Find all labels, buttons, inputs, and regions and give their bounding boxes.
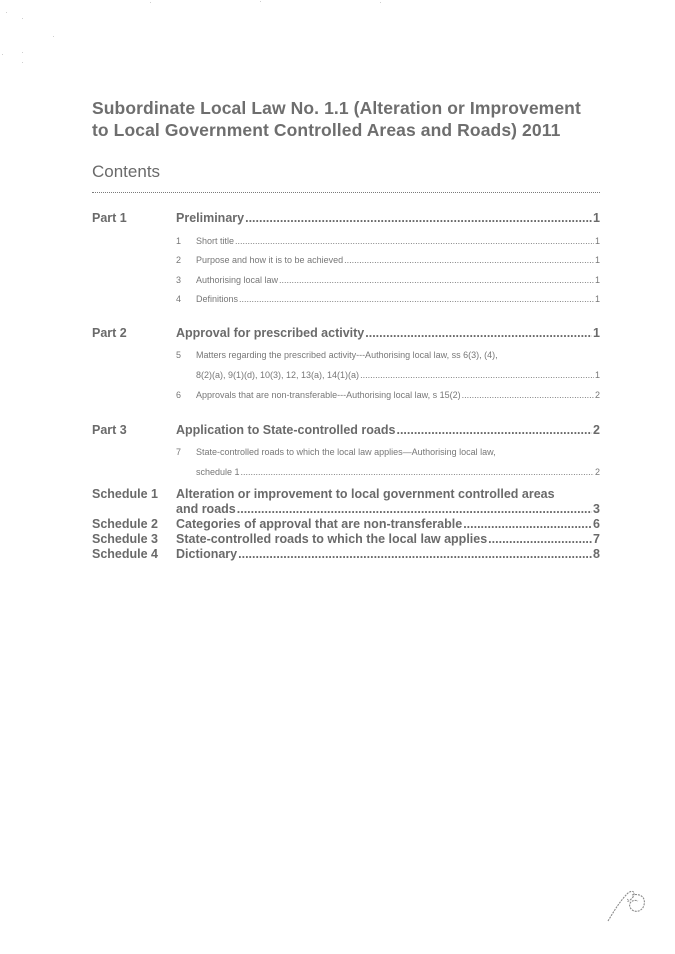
toc-entry-schedule-2[interactable]: Categories of approval that are non-tran… [176, 517, 600, 531]
dot-leader [365, 326, 592, 340]
dot-leader [238, 547, 592, 561]
section-number: 3 [176, 275, 196, 285]
toc-entry-part-2[interactable]: Approval for prescribed activity 1 [176, 326, 600, 340]
toc-entry-section-6[interactable]: 6 Approvals that are non-transferable---… [176, 390, 600, 400]
contents-heading: Contents [92, 162, 160, 182]
section-number: 7 [176, 447, 196, 457]
dot-leader [235, 236, 594, 246]
schedule-4-label: Schedule 4 [92, 547, 158, 561]
dot-leader [279, 275, 594, 285]
dot-leader [344, 255, 594, 265]
section-title: Definitions [196, 294, 238, 304]
toc-entry-part-3[interactable]: Application to State-controlled roads 2 [176, 423, 600, 437]
dot-leader [463, 517, 592, 531]
dot-leader [488, 532, 592, 546]
toc-entry-schedule-1-line-1[interactable]: Alteration or improvement to local gover… [176, 487, 600, 501]
section-title-continued: 8(2)(a), 9(1)(d), 10(3), 12, 13(a), 14(1… [196, 370, 359, 380]
toc-entry-section-4[interactable]: 4 Definitions 1 [176, 294, 600, 304]
toc-entry-section-3[interactable]: 3 Authorising local law 1 [176, 275, 600, 285]
page-number: 1 [595, 294, 600, 304]
title-line-1: Subordinate Local Law No. 1.1 (Alteratio… [92, 97, 612, 119]
schedule-3-label: Schedule 3 [92, 532, 158, 546]
section-title-continued: schedule 1 [196, 467, 240, 477]
document-title: Subordinate Local Law No. 1.1 (Alteratio… [92, 97, 612, 141]
toc-entry-section-2[interactable]: 2 Purpose and how it is to be achieved 1 [176, 255, 600, 265]
part-2-heading: Approval for prescribed activity [176, 326, 364, 340]
title-line-2: to Local Government Controlled Areas and… [92, 119, 612, 141]
section-title: Approvals that are non-transferable---Au… [196, 390, 461, 400]
section-number: 2 [176, 255, 196, 265]
page-number: 1 [595, 255, 600, 265]
toc-entry-part-1[interactable]: Preliminary 1 [176, 211, 600, 225]
page-number: 8 [593, 547, 600, 561]
dot-leader [245, 211, 592, 225]
section-title: State-controlled roads to which the loca… [196, 447, 496, 457]
toc-entry-schedule-4[interactable]: Dictionary 8 [176, 547, 600, 561]
page-number: 1 [595, 370, 600, 380]
page-number: 2 [593, 423, 600, 437]
section-title: Authorising local law [196, 275, 278, 285]
page-number: 1 [595, 275, 600, 285]
page-number: 2 [595, 467, 600, 477]
part-2-label: Part 2 [92, 326, 127, 340]
schedule-2-label: Schedule 2 [92, 517, 158, 531]
toc-entry-section-5-line-2[interactable]: 8(2)(a), 9(1)(d), 10(3), 12, 13(a), 14(1… [196, 370, 600, 380]
schedule-1-label: Schedule 1 [92, 487, 158, 501]
toc-entry-section-7-line-1[interactable]: 7 State-controlled roads to which the lo… [176, 447, 600, 457]
toc-entry-section-1[interactable]: 1 Short title 1 [176, 236, 600, 246]
toc-entry-section-7-line-2[interactable]: schedule 1 2 [196, 467, 600, 477]
section-number: 4 [176, 294, 196, 304]
toc-entry-section-5-line-1[interactable]: 5 Matters regarding the prescribed activ… [176, 350, 600, 360]
handwritten-initials-icon [606, 885, 656, 925]
dot-leader [239, 294, 594, 304]
section-number: 5 [176, 350, 196, 360]
toc-entry-schedule-1-line-2[interactable]: and roads 3 [176, 502, 600, 516]
page-number: 6 [593, 517, 600, 531]
part-1-label: Part 1 [92, 211, 127, 225]
section-title: Short title [196, 236, 234, 246]
document-page: Subordinate Local Law No. 1.1 (Alteratio… [0, 0, 675, 954]
schedule-1-heading: and roads [176, 502, 236, 516]
page-number: 3 [593, 502, 600, 516]
section-number: 1 [176, 236, 196, 246]
part-3-label: Part 3 [92, 423, 127, 437]
dot-leader [360, 370, 594, 380]
toc-entry-schedule-3[interactable]: State-controlled roads to which the loca… [176, 532, 600, 546]
section-title: Matters regarding the prescribed activit… [196, 350, 498, 360]
schedule-3-heading: State-controlled roads to which the loca… [176, 532, 487, 546]
part-1-heading: Preliminary [176, 211, 244, 225]
dotted-divider [92, 192, 600, 193]
part-3-heading: Application to State-controlled roads [176, 423, 395, 437]
page-number: 1 [595, 236, 600, 246]
schedule-4-heading: Dictionary [176, 547, 237, 561]
page-number: 1 [593, 326, 600, 340]
dot-leader [396, 423, 592, 437]
page-number: 2 [595, 390, 600, 400]
page-number: 1 [593, 211, 600, 225]
dot-leader [462, 390, 594, 400]
section-title: Purpose and how it is to be achieved [196, 255, 343, 265]
dot-leader [237, 502, 592, 516]
section-number: 6 [176, 390, 196, 400]
dot-leader [241, 467, 594, 477]
schedule-2-heading: Categories of approval that are non-tran… [176, 517, 462, 531]
page-number: 7 [593, 532, 600, 546]
